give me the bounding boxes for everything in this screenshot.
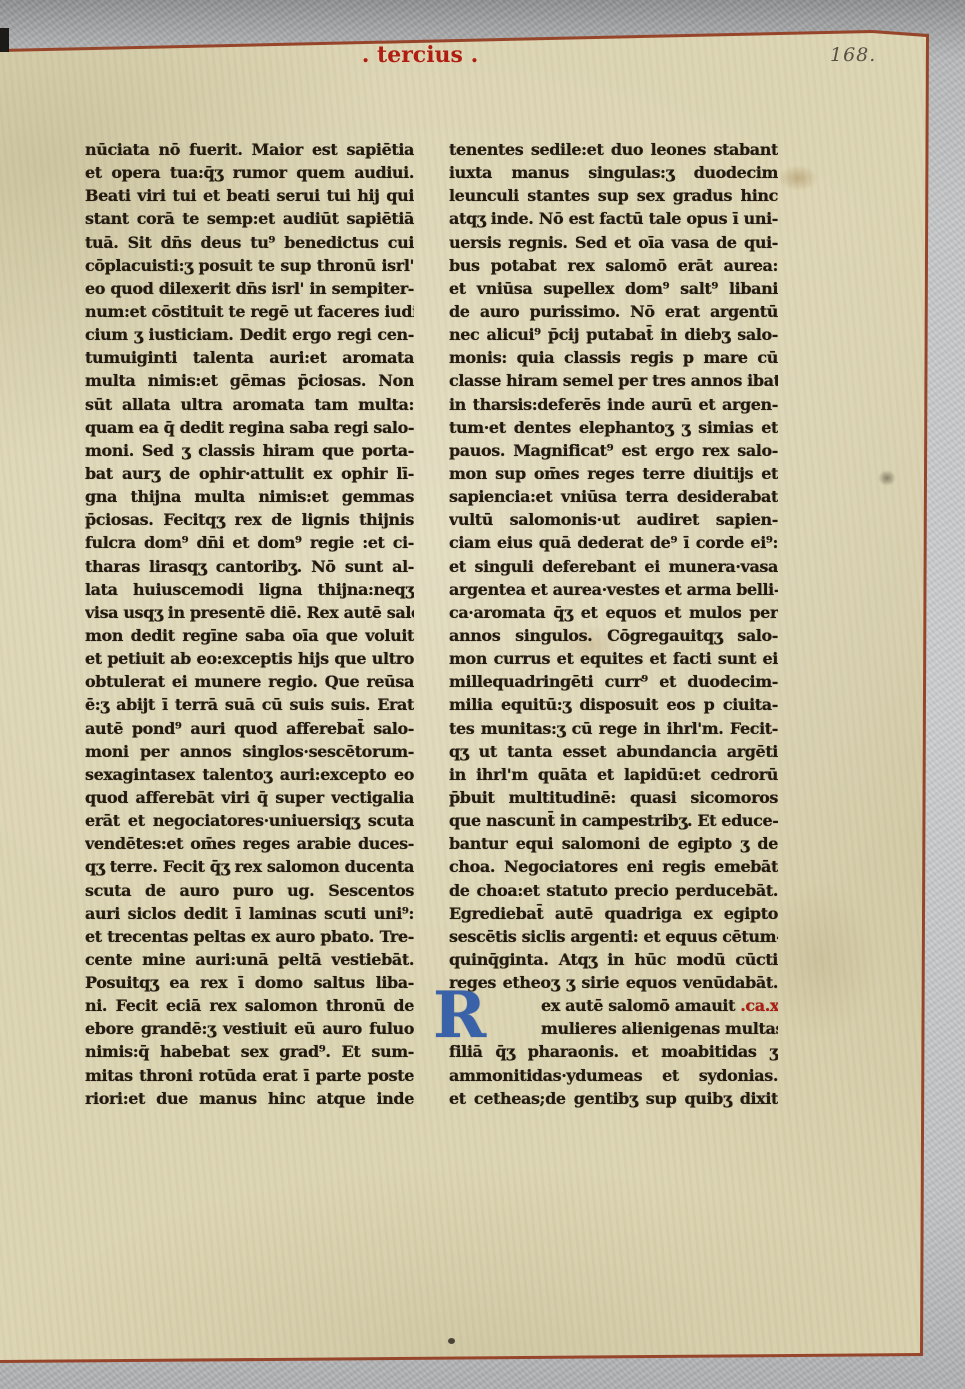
- text-line: nimis:q̄ habebat sex grad⁹. Et sum-: [85, 1040, 414, 1063]
- text-line: stant corā te semp:et audiūt sapiētiā: [85, 207, 414, 230]
- text-line: classe hiram semel per tres annos ibat: [449, 369, 778, 392]
- text-line: qʒ terre. Fecit q̄ʒ rex salomon ducenta: [85, 855, 414, 878]
- text-line: num:et cōstituit te regē ut faceres iudi…: [85, 300, 414, 323]
- chapter-opening-text: ex autē salomō amauit: [541, 996, 735, 1015]
- text-line: multa nimis:et gēmas p̄ciosas. Non: [85, 369, 414, 392]
- binding-notch: [0, 28, 9, 52]
- text-line: autē pond⁹ auri quod afferebat̄ salo-: [85, 717, 414, 740]
- text-line: moni per annos singlos·sescētorum-: [85, 740, 414, 763]
- text-line: p̄ciosas. Fecitqʒ rex de lignis thijnis: [85, 508, 414, 531]
- text-line: cente mine auri:unā peltā vestiebāt.: [85, 948, 414, 971]
- left-text-column: nūciata nō fuerit. Maior est sapiētiaet …: [85, 138, 414, 1110]
- text-line: visa usqʒ in presentē diē. Rex autē salo…: [85, 601, 414, 624]
- text-line: millequadringēti curr⁹ et duodecim-: [449, 670, 778, 693]
- text-line: atqʒ inde. Nō est factū tale opus ī uni-: [449, 207, 778, 230]
- text-line: tharas lirasqʒ cantoribʒ. Nō sunt al-: [85, 555, 414, 578]
- text-line: vendētes:et om̄es reges arabie duces-: [85, 832, 414, 855]
- text-line: ammonitidas·ydumeas et sydonias.: [449, 1064, 778, 1087]
- text-line: et opera tua:q̄ʒ rumor quem audiui.: [85, 161, 414, 184]
- text-line: et singuli deferebant ei munera·vasa: [449, 555, 778, 578]
- text-line: et vniūsa supellex dom⁹ salt⁹ libani: [449, 277, 778, 300]
- text-line: uersis regnis. Sed et oīa vasa de qui-: [449, 231, 778, 254]
- text-line: gna thijna multa nimis:et gemmas: [85, 485, 414, 508]
- text-line: cōplacuisti:ʒ posuit te sup thronū isrl': [85, 254, 414, 277]
- text-line: milia equitū:ʒ disposuit eos p ciuita-: [449, 693, 778, 716]
- text-line: choa. Negociatores eni regis emebāt: [449, 855, 778, 878]
- text-line: bantur equi salomoni de egipto ʒ de: [449, 832, 778, 855]
- text-line: quinq̄ginta. Atqʒ in hūc modū cūcti: [449, 948, 778, 971]
- text-line: ciam eius quā dederat de⁹ ī corde ei⁹:: [449, 531, 778, 554]
- text-line: de choa:et statuto precio perducebāt.: [449, 879, 778, 902]
- text-line: mitas throni rotūda erat ī parte poste: [85, 1064, 414, 1087]
- text-line: sapiencia:et vniūsa terra desiderabat: [449, 485, 778, 508]
- text-line: eo quod dilexerit dn̄s isrl' in sempiter…: [85, 277, 414, 300]
- text-line: ca·aromata q̄ʒ et equos et mulos per: [449, 601, 778, 624]
- text-line: quam ea q̄ dedit regina saba regi salo-: [85, 416, 414, 439]
- text-line: bat aurʒ de ophir·attulit ex ophir lī-: [85, 462, 414, 485]
- text-line: et petiuit ab eo:exceptis hijs que ultro: [85, 647, 414, 670]
- text-line: que nascunt̄ in campestribʒ. Et educe-: [449, 809, 778, 832]
- text-line: p̄buit multitudinē: quasi sicomoros: [449, 786, 778, 809]
- illuminated-initial-R: R: [433, 990, 537, 1048]
- right-text-column: tenentes sedile:et duo leones stabantiux…: [449, 138, 778, 1110]
- text-line: lata huiuscemodi ligna thijna:neqʒ: [85, 578, 414, 601]
- text-line: qʒ ut tanta esset abundancia argēti: [449, 740, 778, 763]
- text-line: in tharsis:deferēs inde aurū et argen-: [449, 393, 778, 416]
- text-line: Posuitqʒ ea rex ī domo saltus liba-: [85, 971, 414, 994]
- text-line: tum·et dentes elephantoʒ ʒ simias et: [449, 416, 778, 439]
- text-line: quod afferebāt viri q̄ super vectigalia: [85, 786, 414, 809]
- right-column-bottom-lines: filiā q̄ʒ pharaonis. et moabitidas ʒammo…: [449, 1040, 778, 1109]
- text-line: nec alicui⁹ p̄cij putabat̄ in diebʒ salo…: [449, 323, 778, 346]
- text-line: tes munitas:ʒ cū rege in ihrl'm. Fecit-: [449, 717, 778, 740]
- text-line: auri siclos dedit ī laminas scuti uni⁹:: [85, 902, 414, 925]
- text-line: vultū salomonis·ut audiret sapien-: [449, 508, 778, 531]
- text-line: Beati viri tui et beati serui tui hij qu…: [85, 184, 414, 207]
- text-line: sūt allata ultra aromata tam multa:: [85, 393, 414, 416]
- text-line: sescētis siclis argenti: et equus cētum-: [449, 925, 778, 948]
- text-line: obtulerat ei munere regio. Que reūsa: [85, 670, 414, 693]
- text-line: argentea et aurea·vestes et arma belli-: [449, 578, 778, 601]
- text-line: Egrediebat̄ autē quadriga ex egipto: [449, 902, 778, 925]
- text-line: ni. Fecit eciā rex salomon thronū de: [85, 994, 414, 1017]
- running-title: . tercius .: [300, 42, 540, 68]
- text-line: tumuiginti talenta auri:et aromata: [85, 346, 414, 369]
- chapter-number-label: .ca.xi.: [740, 996, 778, 1015]
- text-line: leunculi stantes sup sex gradus hinc: [449, 184, 778, 207]
- text-line: et trecentas peltas ex auro pbato. Tre-: [85, 925, 414, 948]
- text-line: nūciata nō fuerit. Maior est sapiētia: [85, 138, 414, 161]
- text-line: tenentes sedile:et duo leones stabant: [449, 138, 778, 161]
- text-line: iuxta manus singulas:ʒ duodecim: [449, 161, 778, 184]
- folio-number: 168.: [830, 44, 920, 66]
- text-line: fulcra dom⁹ dn̄i et dom⁹ regie :et ci-: [85, 531, 414, 554]
- text-line: mon currus et equites et facti sunt ei: [449, 647, 778, 670]
- text-line: pauos. Magnificat⁹ est ergo rex salo-: [449, 439, 778, 462]
- text-line: erāt et negociatores·uniuersiqʒ scuta: [85, 809, 414, 832]
- text-line: monis: quia classis regis p mare cū: [449, 346, 778, 369]
- text-line: et cetheas;de gentibʒ sup quibʒ dixit: [449, 1087, 778, 1110]
- text-line: scuta de auro puro ug. Sescentos: [85, 879, 414, 902]
- text-line: tuā. Sit dn̄s deus tu⁹ benedictus cui: [85, 231, 414, 254]
- text-line: annos singulos. Cōgregauitqʒ salo-: [449, 624, 778, 647]
- text-line: sexagintasex talentoʒ auri:excepto eo: [85, 763, 414, 786]
- text-line: moni. Sed ʒ classis hiram que porta-: [85, 439, 414, 462]
- text-line: ebore grandē:ʒ vestiuit eū auro fuluo: [85, 1017, 414, 1040]
- text-line: riori:et due manus hinc atque inde: [85, 1087, 414, 1110]
- text-line: bus potabat rex salomō erāt aurea:: [449, 254, 778, 277]
- text-line: mon sup om̄es reges terre diuitijs et: [449, 462, 778, 485]
- text-line: in ihrl'm quāta et lapidū:et cedrorū: [449, 763, 778, 786]
- text-line: mon dedit regīne saba oīa que voluit: [85, 624, 414, 647]
- right-column-top-lines: tenentes sedile:et duo leones stabantiux…: [449, 138, 778, 994]
- text-line: cium ʒ iusticiam. Dedit ergo regi cen-: [85, 323, 414, 346]
- text-line: ē:ʒ abijt ī terrā suā cū suis suis. Erat: [85, 693, 414, 716]
- text-line: de auro purissimo. Nō erat argentū: [449, 300, 778, 323]
